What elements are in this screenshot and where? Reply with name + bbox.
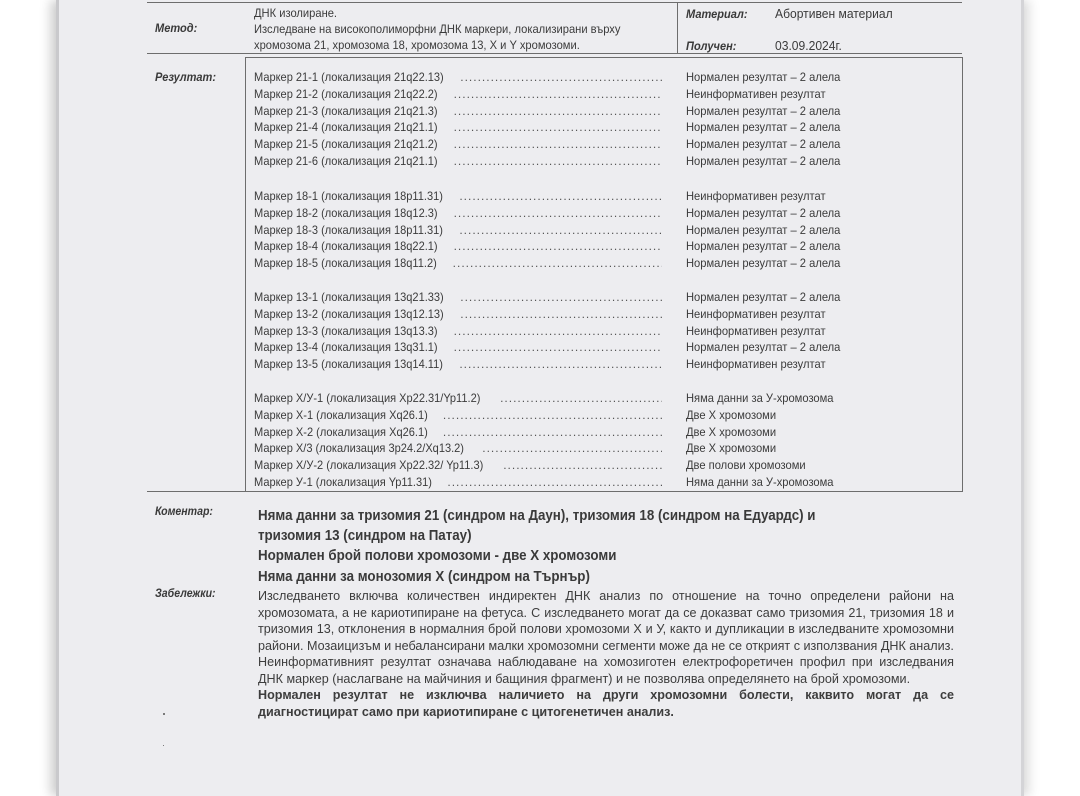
leader-dots [503, 458, 662, 474]
leader-dots [500, 391, 662, 407]
marker-result: Нормален резултат – 2 алела [686, 223, 840, 237]
material-value: Абортивен материал [775, 6, 893, 21]
marker-row-chromosome-21: Маркер 21-2 (локализация 21q22.2) [254, 87, 662, 103]
marker-row-chromosome-18: Маркер 18-4 (локализация 18q22.1) [254, 239, 662, 255]
marker-row-chromosome-13: Маркер 13-5 (локализация 13q14.11) [254, 357, 662, 373]
marker-row-chromosome-21: Маркер 21-5 (локализация 21q21.2) [254, 137, 662, 153]
marker-name: Маркер У-1 (локализация Yp11.31) [254, 475, 432, 491]
leader-dots [443, 408, 662, 424]
marker-result: Нормален резултат – 2 алела [686, 104, 840, 118]
marker-row-sex-chromosomes: Маркер Х/У-1 (локализация Xp22.31/Yp11.2… [254, 391, 662, 407]
result-box-left-border [245, 57, 246, 491]
marker-result: Две полови хромозоми [686, 458, 806, 472]
marker-result: Неинформативен резултат [686, 307, 826, 321]
marker-result: Неинформативен резултат [686, 357, 826, 371]
marker-row-chromosome-21: Маркер 21-3 (локализация 21q21.3) [254, 104, 662, 120]
marker-name: Маркер Х-1 (локализация Xq26.1) [254, 408, 428, 424]
marker-name: Маркер 18-4 (локализация 18q22.1) [254, 239, 438, 255]
marker-name: Маркер 13-1 (локализация 13q21.33) [254, 290, 444, 306]
received-date: 03.09.2024г. [775, 38, 842, 53]
leader-dots [447, 475, 662, 491]
marker-row-sex-chromosomes: Маркер Х/У-2 (локализация Xp22.32/ Yp11.… [254, 458, 662, 474]
marker-name: Маркер 13-4 (локализация 13q31.1) [254, 340, 438, 356]
marker-row-chromosome-21: Маркер 21-6 (локализация 21q21.1) [254, 154, 662, 170]
header-divider [677, 2, 678, 53]
marker-result: Нормален резултат – 2 алела [686, 137, 840, 151]
leader-dots [454, 154, 662, 170]
leader-dots [443, 425, 662, 441]
marker-name: Маркер 21-6 (локализация 21q21.1) [254, 154, 438, 170]
marker-name: Маркер 13-3 (локализация 13q13.3) [254, 324, 438, 340]
marker-name: Маркер 21-2 (локализация 21q22.2) [254, 87, 438, 103]
leader-dots [453, 256, 662, 272]
marker-row-chromosome-13: Маркер 13-3 (локализация 13q13.3) [254, 324, 662, 340]
marker-result: Две Х хромозоми [686, 408, 776, 422]
result-label: Резултат: [155, 70, 216, 84]
marker-result: Нормален резултат – 2 алела [686, 239, 840, 253]
marker-row-sex-chromosomes: Маркер Х/3 (локализация 3p24.2/Xq13.2) [254, 441, 662, 457]
method-line-2: Изследване на високополиморфни ДНК марке… [254, 22, 620, 36]
material-label: Материал: [686, 7, 748, 21]
comment-line-3: Нормален брой полови хромозоми - две Х х… [258, 548, 616, 564]
marker-name: Маркер 13-5 (локализация 13q14.11) [254, 357, 443, 373]
marker-result: Нормален резултат – 2 алела [686, 340, 840, 354]
scan-speck [163, 713, 165, 715]
marker-result: Нормален резултат – 2 алела [686, 120, 840, 134]
leader-dots [454, 137, 662, 153]
method-label: Метод: [155, 21, 197, 35]
marker-name: Маркер 21-4 (локализация 21q21.1) [254, 120, 438, 136]
leader-dots [454, 324, 662, 340]
marker-result: Неинформативен резултат [686, 87, 826, 101]
leader-dots [482, 441, 662, 457]
marker-result: Няма данни за У-хромозома [686, 475, 834, 489]
result-box-top-border [245, 57, 963, 58]
notes-paragraph-scope: Изследването включва количествен индирек… [258, 588, 954, 654]
leader-dots [460, 290, 662, 306]
received-label: Получен: [686, 39, 736, 53]
marker-result: Неинформативен резултат [686, 324, 826, 338]
leader-dots [454, 340, 662, 356]
marker-name: Маркер 18-1 (локализация 18p11.31) [254, 189, 443, 205]
marker-row-chromosome-13: Маркер 13-1 (локализация 13q21.33) [254, 290, 662, 306]
leader-dots [460, 307, 662, 323]
header-bottom-rule [147, 53, 962, 54]
marker-name: Маркер 21-3 (локализация 21q21.3) [254, 104, 438, 120]
marker-row-sex-chromosomes: Маркер Х-1 (локализация Xq26.1) [254, 408, 662, 424]
marker-row-chromosome-13: Маркер 13-4 (локализация 13q31.1) [254, 340, 662, 356]
marker-row-chromosome-13: Маркер 13-2 (локализация 13q12.13) [254, 307, 662, 323]
marker-row-chromosome-18: Маркер 18-1 (локализация 18p11.31) [254, 189, 662, 205]
marker-name: Маркер 21-1 (локализация 21q22.13) [254, 70, 444, 86]
leader-dots [454, 206, 662, 222]
comment-line-2: тризомия 13 (синдром на Патау) [258, 528, 472, 544]
comment-line-1: Няма данни за тризомия 21 (синдром на Да… [258, 508, 816, 524]
notes-paragraph-disclaimer: Нормален резултат не изключва наличието … [258, 687, 954, 720]
notes-label: Забележки: [155, 588, 216, 600]
method-line-3: хромозома 21, хромозома 18, хромозома 13… [254, 38, 580, 52]
marker-row-chromosome-18: Маркер 18-3 (локализация 18p11.31) [254, 223, 662, 239]
marker-row-chromosome-18: Маркер 18-5 (локализация 18q11.2) [254, 256, 662, 272]
leader-dots [459, 189, 662, 205]
method-line-1: ДНК изолиране. [254, 6, 337, 20]
marker-result: Две Х хромозоми [686, 425, 776, 439]
leader-dots [459, 223, 662, 239]
marker-result: Нормален резултат – 2 алела [686, 154, 840, 168]
marker-result: Няма данни за У-хромозома [686, 391, 834, 405]
marker-row-chromosome-21: Маркер 21-1 (локализация 21q22.13) [254, 70, 662, 86]
result-box-right-border [962, 57, 963, 491]
leader-dots [454, 87, 662, 103]
marker-name: Маркер Х-2 (локализация Xq26.1) [254, 425, 428, 441]
marker-name: Маркер 18-5 (локализация 18q11.2) [254, 256, 437, 272]
top-rule [147, 2, 962, 3]
result-box-bottom-border [147, 491, 963, 492]
leader-dots [454, 120, 662, 136]
marker-row-sex-chromosomes: Маркер У-1 (локализация Yp11.31) [254, 475, 662, 491]
leader-dots [460, 70, 662, 86]
marker-name: Маркер 18-2 (локализация 18q12.3) [254, 206, 438, 222]
marker-name: Маркер 13-2 (локализация 13q12.13) [254, 307, 444, 323]
marker-result: Неинформативен резултат [686, 189, 826, 203]
scan-speck [163, 745, 164, 746]
marker-name: Маркер Х/У-1 (локализация Xp22.31/Yp11.2… [254, 391, 480, 407]
marker-result: Нормален резултат – 2 алела [686, 70, 840, 84]
marker-result: Нормален резултат – 2 алела [686, 290, 840, 304]
marker-row-chromosome-18: Маркер 18-2 (локализация 18q12.3) [254, 206, 662, 222]
marker-name: Маркер Х/У-2 (локализация Xp22.32/ Yp11.… [254, 458, 483, 474]
notes-body: Изследването включва количествен индирек… [258, 588, 954, 720]
notes-paragraph-uninformative: Неинформативният резултат означава наблю… [258, 654, 954, 687]
marker-name: Маркер 18-3 (локализация 18p11.31) [254, 223, 443, 239]
leader-dots [454, 239, 662, 255]
comment-line-4: Няма данни за монозомия Х (синдром на Тъ… [258, 569, 590, 585]
marker-result: Две Х хромозоми [686, 441, 776, 455]
leader-dots [454, 104, 662, 120]
marker-result: Нормален резултат – 2 алела [686, 206, 840, 220]
marker-row-chromosome-21: Маркер 21-4 (локализация 21q21.1) [254, 120, 662, 136]
marker-result: Нормален резултат – 2 алела [686, 256, 840, 270]
comment-label: Коментар: [155, 506, 213, 518]
marker-name: Маркер 21-5 (локализация 21q21.2) [254, 137, 438, 153]
marker-name: Маркер Х/3 (локализация 3p24.2/Xq13.2) [254, 441, 464, 457]
marker-row-sex-chromosomes: Маркер Х-2 (локализация Xq26.1) [254, 425, 662, 441]
leader-dots [459, 357, 662, 373]
